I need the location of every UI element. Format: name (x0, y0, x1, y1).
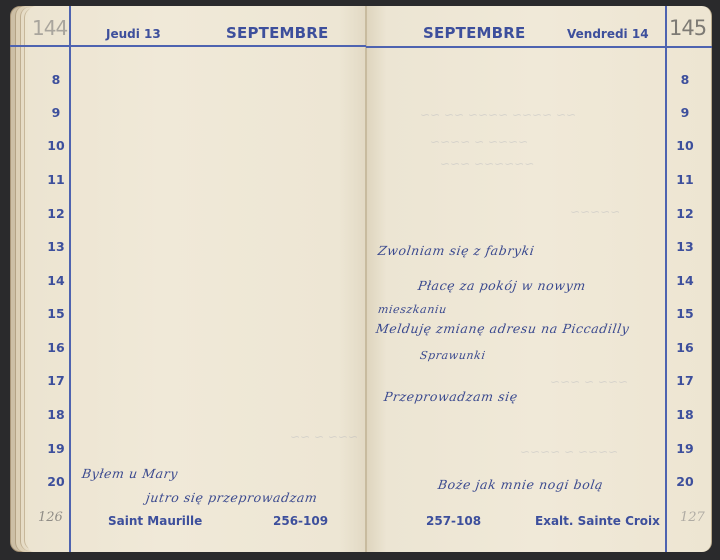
right-hour-10: 10 (670, 138, 700, 153)
right-day-count: 257-108 (426, 514, 481, 528)
handwritten-note: jutro się przeprowadzam (145, 490, 319, 505)
handwritten-note: Byłem u Mary (81, 466, 179, 481)
left-day-label: Jeudi 13 (106, 27, 161, 41)
left-hour-17: 17 (41, 373, 71, 388)
left-hour-20: 20 (41, 474, 71, 489)
right-hour-8: 8 (670, 72, 700, 87)
handwritten-note: mieszkaniu (377, 303, 448, 316)
left-hour-10: 10 (41, 138, 71, 153)
handwritten-note: Melduję zmianę adresu na Piccadilly (375, 321, 631, 336)
right-header-rule (366, 46, 712, 48)
bleed-through-text: ~~~ ~ ~~ (290, 430, 358, 444)
left-month-label: SEPTEMBRE (226, 24, 328, 42)
bleed-through-text: ~~~ ~ ~~~ (550, 375, 628, 389)
right-hour-15: 15 (670, 306, 700, 321)
right-page-number: 145 (669, 16, 706, 40)
left-header-rule (10, 45, 366, 47)
right-hour-column-rule (665, 6, 667, 552)
left-hour-16: 16 (41, 340, 71, 355)
right-bottom-page-number: 127 (680, 510, 705, 525)
left-hour-14: 14 (41, 273, 71, 288)
handwritten-note: Płacę za pokój w nowym (417, 278, 587, 293)
left-hour-11: 11 (41, 172, 71, 187)
right-hour-20: 20 (670, 474, 700, 489)
right-month-label: SEPTEMBRE (423, 24, 525, 42)
left-saint-of-day: Saint Maurille (108, 514, 202, 528)
left-hour-8: 8 (41, 72, 71, 87)
bleed-through-text: ~~ ~~~~ ~~~~ ~~ ~~ (420, 108, 576, 122)
left-hour-13: 13 (41, 239, 71, 254)
left-page[interactable] (28, 6, 366, 552)
left-hour-19: 19 (41, 441, 71, 456)
left-hour-12: 12 (41, 206, 71, 221)
handwritten-note: Zwolniam się z fabryki (377, 243, 536, 258)
bleed-through-text: ~~~~ ~ ~~~~ (430, 135, 528, 149)
book-gutter (365, 6, 367, 552)
bleed-through-text: ~~~~ ~ ~~~~ (520, 445, 618, 459)
handwritten-note: Boże jak mnie nogi bolą (437, 477, 604, 492)
right-hour-9: 9 (670, 105, 700, 120)
left-hour-15: 15 (41, 306, 71, 321)
diary-spread: 144 Jeudi 13 SEPTEMBRE SEPTEMBRE Vendred… (0, 0, 720, 560)
right-hour-18: 18 (670, 407, 700, 422)
right-hour-12: 12 (670, 206, 700, 221)
right-day-label: Vendredi 14 (567, 27, 649, 41)
right-hour-14: 14 (670, 273, 700, 288)
right-hour-17: 17 (670, 373, 700, 388)
handwritten-note: Przeprowadzam się (383, 389, 519, 404)
left-bottom-page-number: 126 (38, 510, 63, 525)
right-hour-13: 13 (670, 239, 700, 254)
right-hour-19: 19 (670, 441, 700, 456)
left-day-count: 256-109 (273, 514, 328, 528)
bleed-through-text: ~~~~~ (570, 205, 620, 219)
bleed-through-text: ~~~~~~ ~~~ (440, 157, 534, 171)
handwritten-note: Sprawunki (419, 349, 486, 362)
left-page-number: 144 (32, 16, 67, 40)
right-saint-of-day: Exalt. Sainte Croix (535, 514, 660, 528)
left-hour-9: 9 (41, 105, 71, 120)
right-hour-16: 16 (670, 340, 700, 355)
right-hour-11: 11 (670, 172, 700, 187)
left-hour-18: 18 (41, 407, 71, 422)
